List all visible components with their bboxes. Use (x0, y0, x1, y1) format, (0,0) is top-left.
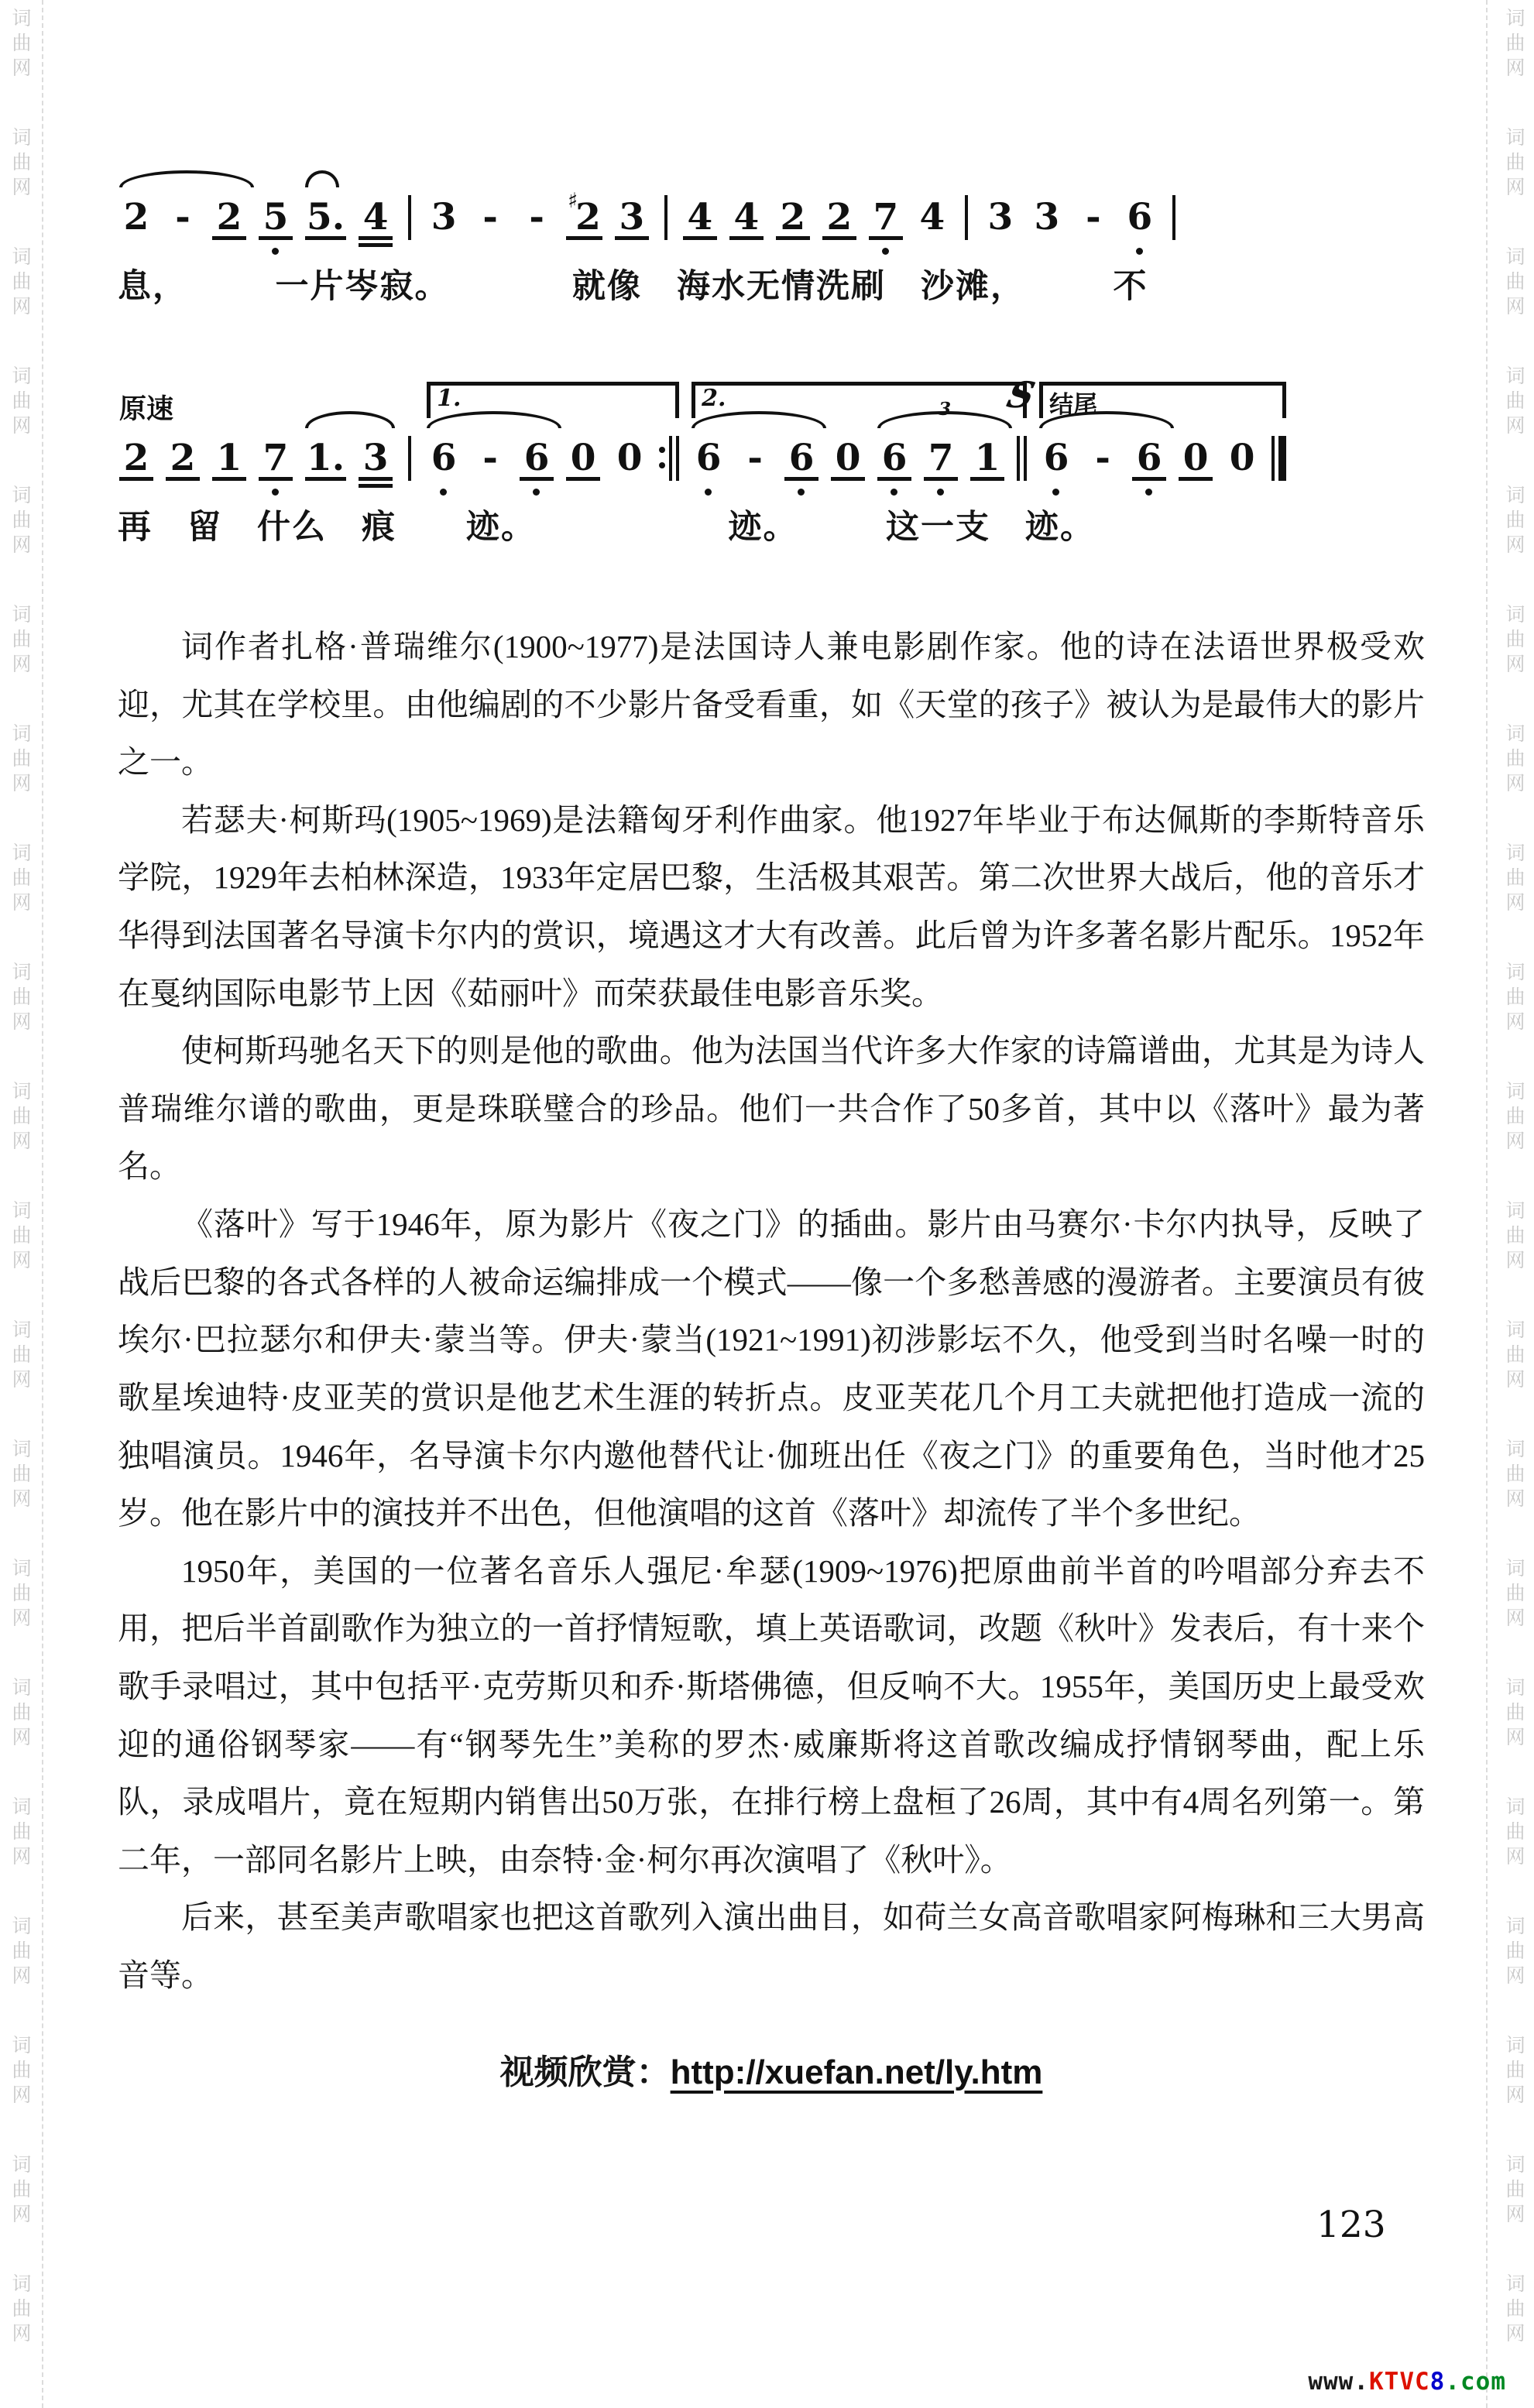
note-token: 3 (1028, 192, 1066, 240)
volta-label: 1. (437, 385, 461, 412)
edge-watermark-text: 词曲网 (5, 127, 33, 201)
music-system-2: 原速22171.31.6-6002.6-606371结尾S6-600 (118, 382, 1426, 481)
edge-watermark-text: 词曲网 (1499, 1677, 1527, 1751)
note-number: - (175, 195, 190, 240)
note-number: 5. (307, 195, 345, 240)
note-number: 4 (363, 195, 389, 240)
note-number: 2 (575, 195, 601, 240)
edge-watermark-text: 词曲网 (5, 1319, 33, 1394)
note-token: 7 (257, 433, 294, 481)
edge-watermark-text: 词曲网 (1499, 8, 1527, 82)
edge-watermark-text: 词曲网 (1499, 2154, 1527, 2228)
note-token: 4 (914, 192, 951, 240)
octave-dot-icon (882, 248, 889, 255)
note-token: 63 (876, 433, 913, 481)
article-paragraph: 词作者扎格·普瑞维尔(1900~1977)是法国诗人兼电影剧作家。他的诗在法语世… (118, 618, 1425, 791)
note-number: 2 (124, 195, 149, 240)
note-number: 3 (431, 195, 457, 240)
note-token: 4 (681, 192, 719, 240)
article-paragraph: 使柯斯玛驰名天下的则是他的歌曲。他为法国当代许多大作家的诗篇谱曲，尤其是为诗人普… (118, 1022, 1425, 1195)
note-token: 3 (982, 192, 1019, 240)
site-watermark: www.KTVC8.com (1308, 2368, 1506, 2396)
note-number: 0 (1230, 436, 1255, 481)
edge-watermark-text: 词曲网 (1499, 1081, 1527, 1155)
edge-watermark-text: 词曲网 (5, 1916, 33, 1990)
octave-dot-icon (533, 489, 540, 496)
barline (960, 192, 973, 240)
video-link[interactable]: http://xuefan.net/ly.htm (671, 2053, 1043, 2091)
note-number: 4 (688, 195, 713, 240)
note-number: 2 (124, 436, 149, 481)
note-token: ♯2 (565, 192, 604, 240)
barline-double (657, 433, 681, 481)
note-number: 0 (617, 436, 643, 481)
barline (403, 433, 416, 481)
note-token: 5 (257, 192, 294, 240)
edge-watermark-text: 词曲网 (5, 485, 33, 559)
note-token: 0 (565, 433, 602, 481)
edge-watermark-left: 词曲网词曲网词曲网词曲网词曲网词曲网词曲网词曲网词曲网词曲网词曲网词曲网词曲网词… (3, 0, 36, 2408)
triplet-number: 3 (939, 399, 951, 420)
note-number: 6 (789, 436, 815, 481)
edge-watermark-text: 词曲网 (1499, 1558, 1527, 1632)
octave-dot-icon (1145, 489, 1152, 496)
volta-segment: 1.6-600 (425, 382, 681, 481)
notes-row: 22171.3 (118, 433, 416, 481)
edge-watermark-text: 词曲网 (5, 8, 33, 82)
note-number: 3 (988, 195, 1014, 240)
note-token: 3 (613, 192, 650, 240)
note-number: 6 (1137, 436, 1162, 481)
note-token: 2 (774, 192, 812, 240)
barline (1168, 192, 1180, 240)
scanned-songbook-page: 词曲网词曲网词曲网词曲网词曲网词曲网词曲网词曲网词曲网词曲网词曲网词曲网词曲网词… (0, 0, 1534, 2408)
note-token: - (1084, 433, 1121, 481)
note-number: 4 (734, 195, 760, 240)
edge-watermark-text: 词曲网 (5, 1200, 33, 1274)
edge-watermark-text: 词曲网 (1499, 1916, 1527, 1990)
edge-watermark-text: 词曲网 (1499, 485, 1527, 559)
volta-segment: 2.6-606371 (690, 382, 1028, 481)
edge-watermark-text: 词曲网 (1499, 2035, 1527, 2109)
edge-watermark-text: 词曲网 (5, 2154, 33, 2228)
note-token: 2 (211, 192, 248, 240)
score-segment: 原速22171.3 (118, 382, 416, 481)
article-paragraph: 若瑟夫·柯斯玛(1905~1969)是法籍匈牙利作曲家。他1927年毕业于布达佩… (118, 791, 1425, 1022)
octave-dot-icon (705, 489, 712, 496)
note-number: 2 (170, 436, 196, 481)
octave-dot-icon (272, 248, 279, 255)
site-watermark-segment: .com (1445, 2368, 1506, 2396)
note-number: 6 (882, 436, 908, 481)
lyrics-line-2: 再 留 什么 痕 迹。 迹。 这一支 迹。 (118, 501, 1426, 548)
note-number: 6 (696, 436, 722, 481)
octave-dot-icon (798, 489, 805, 496)
site-watermark-segment: 8 (1430, 2368, 1446, 2396)
edge-watermark-text: 词曲网 (5, 2273, 33, 2348)
edge-watermark-text: 词曲网 (5, 723, 33, 798)
score-segment: 2-255.43--♯2344227433-6 (118, 192, 1180, 240)
tempo-label: 原速 (119, 388, 173, 427)
note-token: 0 (611, 433, 648, 481)
repeat-dots-icon (659, 436, 665, 481)
octave-dot-icon (1136, 248, 1143, 255)
note-token: 1 (969, 433, 1006, 481)
edge-watermark-text: 词曲网 (1499, 365, 1527, 440)
barline (660, 192, 672, 240)
note-token: - (164, 192, 201, 240)
edge-watermark-text: 词曲网 (1499, 127, 1527, 201)
note-number: 3 (619, 195, 645, 240)
note-number: 6 (524, 436, 550, 481)
octave-dot-icon (891, 489, 897, 496)
notes-row: 6-600 (1038, 433, 1288, 481)
note-token: 4 (728, 192, 765, 240)
edge-watermark-text: 词曲网 (1499, 604, 1527, 678)
barline-double (1270, 433, 1288, 481)
page-number: 123 (1316, 2204, 1386, 2246)
note-number: 1 (975, 436, 1000, 481)
note-number: 0 (1183, 436, 1209, 481)
edge-watermark-text: 词曲网 (1499, 1319, 1527, 1394)
edge-watermark-text: 词曲网 (1499, 1439, 1527, 1513)
octave-dot-icon (1052, 489, 1059, 496)
note-token: 6 (690, 433, 727, 481)
note-number: 0 (571, 436, 596, 481)
article-paragraph: 《落叶》写于1946年，原为影片《夜之门》的插曲。影片由马赛尔·卡尔内执导，反映… (118, 1195, 1425, 1542)
note-number: 1 (217, 436, 242, 481)
video-label: 视频欣赏： (500, 2053, 671, 2091)
note-number: 2 (781, 195, 806, 240)
barline-double (1015, 433, 1028, 481)
note-token: 0 (1177, 433, 1214, 481)
volta-segment: 结尾S6-600 (1038, 382, 1288, 481)
notes-row: 6-606371 (690, 433, 1028, 481)
note-number: - (1086, 195, 1101, 240)
notes-row: 6-600 (425, 433, 681, 481)
note-token: 0 (1223, 433, 1261, 481)
note-number: 2 (827, 195, 853, 240)
note-token: 1 (211, 433, 248, 481)
note-number: 6 (1044, 436, 1069, 481)
note-number: 7 (928, 436, 954, 481)
site-watermark-segment: www. (1308, 2368, 1369, 2396)
note-token: 6 (518, 433, 555, 481)
note-token: - (736, 433, 774, 481)
article-block: 词作者扎格·普瑞维尔(1900~1977)是法国诗人兼电影剧作家。他的诗在法语世… (118, 618, 1425, 2104)
edge-watermark-text: 词曲网 (5, 246, 33, 321)
volta-label: 2. (702, 385, 726, 412)
edge-watermark-text: 词曲网 (1499, 246, 1527, 321)
note-number: - (747, 436, 763, 481)
note-token: - (472, 433, 509, 481)
edge-watermark-text: 词曲网 (5, 1677, 33, 1751)
notes-row: 2-255.43--♯2344227433-6 (118, 192, 1180, 240)
edge-watermark-text: 词曲网 (5, 2035, 33, 2109)
score-block: 2-255.43--♯2344227433-6 息， 一片岑寂。 就像 海水无情… (118, 166, 1426, 548)
edge-watermark-text: 词曲网 (1499, 842, 1527, 917)
lyrics-line-1: 息， 一片岑寂。 就像 海水无情洗刷 沙滩， 不 (118, 260, 1426, 307)
edge-watermark-text: 词曲网 (5, 1439, 33, 1513)
edge-watermark-text: 词曲网 (5, 842, 33, 917)
edge-watermark-text: 词曲网 (5, 365, 33, 440)
edge-watermark-text: 词曲网 (1499, 723, 1527, 798)
note-token: 7 (922, 433, 959, 481)
note-token: 6 (1131, 433, 1168, 481)
edge-watermark-text: 词曲网 (5, 962, 33, 1036)
note-number: - (529, 195, 544, 240)
edge-divider-right (1486, 0, 1488, 2408)
note-number: - (482, 436, 498, 481)
note-token: 0 (829, 433, 867, 481)
note-token: 6 (1121, 192, 1158, 240)
note-token: 3 (357, 433, 394, 481)
note-token: 2 (821, 192, 858, 240)
site-watermark-segment: KTVC (1369, 2368, 1430, 2396)
edge-divider-left (42, 0, 43, 2408)
edge-watermark-text: 词曲网 (5, 1558, 33, 1632)
edge-watermark-text: 词曲网 (1499, 962, 1527, 1036)
barline (403, 192, 416, 240)
note-number: 3 (1035, 195, 1060, 240)
note-token: 6 (425, 433, 462, 481)
note-token: 2 (164, 433, 201, 481)
edge-watermark-text: 词曲网 (1499, 1200, 1527, 1274)
edge-watermark-text: 词曲网 (5, 1796, 33, 1871)
edge-watermark-text: 词曲网 (5, 1081, 33, 1155)
note-token: 3 (425, 192, 462, 240)
tie-arc-icon (305, 170, 339, 187)
note-token: 1. (304, 433, 348, 481)
note-token: 6 (1038, 433, 1075, 481)
video-line: 视频欣赏：http://xuefan.net/ly.htm (118, 2042, 1425, 2104)
note-number: 7 (873, 195, 899, 240)
note-token: - (518, 192, 555, 240)
edge-watermark-text: 词曲网 (1499, 1796, 1527, 1871)
note-number: 0 (836, 436, 861, 481)
note-number: - (1095, 436, 1110, 481)
note-number: 2 (217, 195, 242, 240)
note-number: 3 (363, 436, 389, 481)
note-token: 4 (357, 192, 394, 240)
article-paragraph: 1950年，美国的一位著名音乐人强尼·牟瑟(1909~1976)把原曲前半首的吟… (118, 1542, 1425, 1889)
note-number: 5 (263, 195, 289, 240)
note-token: 6 (783, 433, 820, 481)
note-token: 7 (867, 192, 904, 240)
octave-dot-icon (272, 489, 279, 496)
note-token: 2 (118, 192, 155, 240)
edge-watermark-text: 词曲网 (1499, 2273, 1527, 2348)
edge-watermark-right: 词曲网词曲网词曲网词曲网词曲网词曲网词曲网词曲网词曲网词曲网词曲网词曲网词曲网词… (1497, 0, 1529, 2408)
note-token: 2 (118, 433, 155, 481)
octave-dot-icon (937, 489, 944, 496)
octave-dot-icon (440, 489, 447, 496)
note-number: 4 (920, 195, 945, 240)
note-number: 7 (263, 436, 289, 481)
tie-arc-icon (119, 170, 254, 187)
segno-icon: S (1003, 374, 1039, 416)
note-number: 6 (1127, 195, 1153, 240)
note-token: 5. (304, 192, 348, 240)
note-token: - (472, 192, 509, 240)
note-number: 1. (307, 436, 345, 481)
note-number: - (482, 195, 498, 240)
note-number: 6 (431, 436, 457, 481)
music-system-1: 2-255.43--♯2344227433-6 (118, 166, 1426, 240)
article-paragraph: 后来，甚至美声歌唱家也把这首歌列入演出曲目，如荷兰女高音歌唱家阿梅琳和三大男高音… (118, 1888, 1425, 2004)
edge-watermark-text: 词曲网 (5, 604, 33, 678)
note-token: - (1075, 192, 1112, 240)
